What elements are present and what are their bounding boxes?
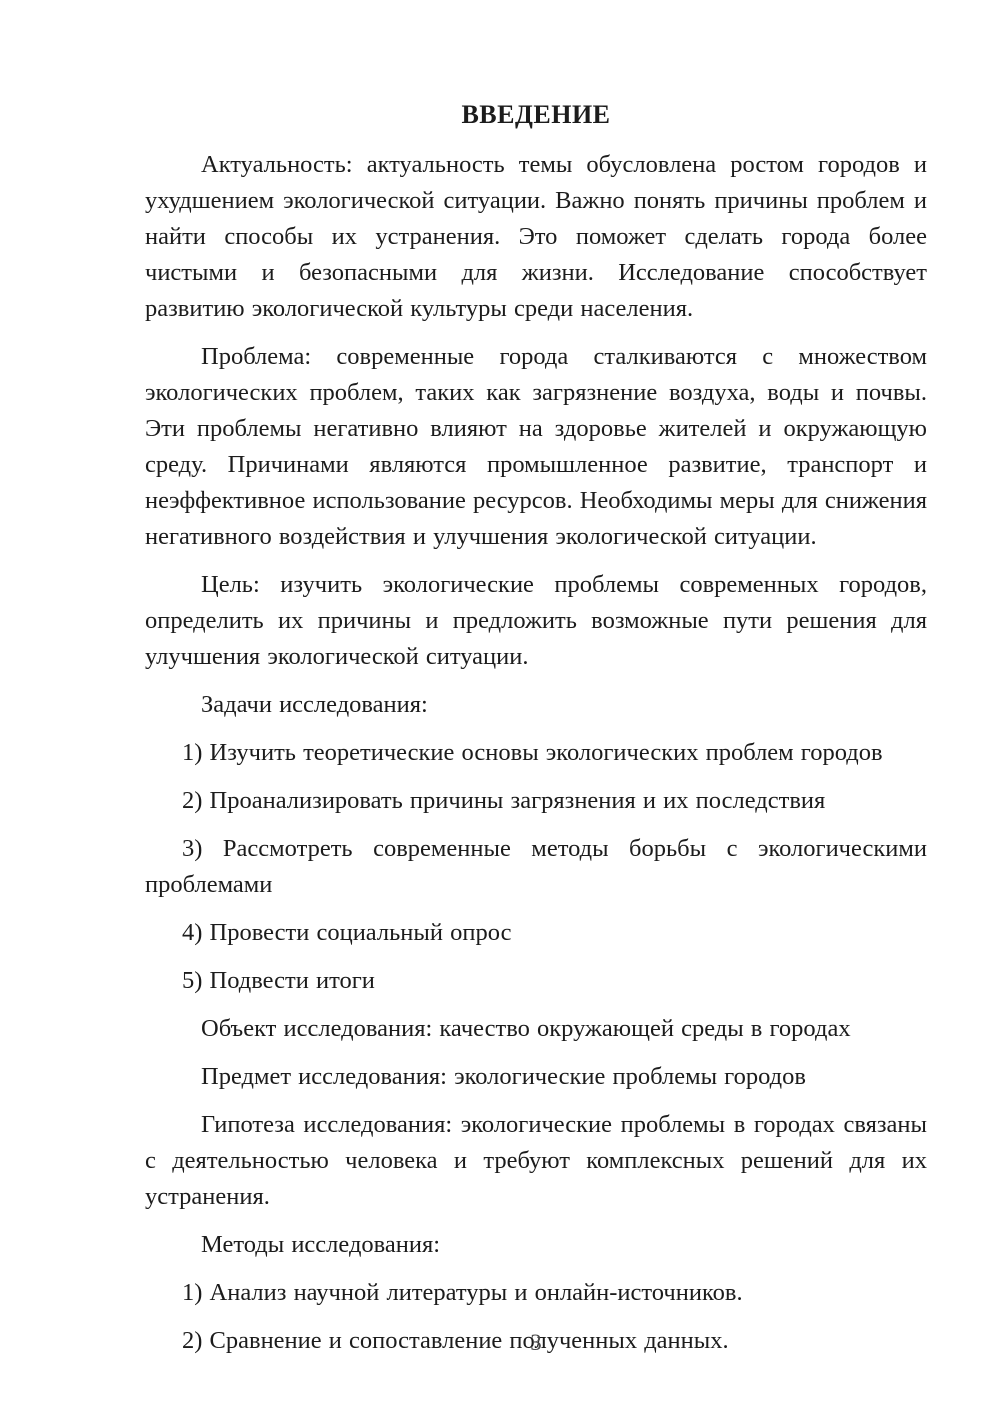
task-item-1: 1) Изучить теоретические основы экологич… bbox=[145, 735, 927, 771]
document-content: ВВЕДЕНИЕ Актуальность: актуальность темы… bbox=[145, 97, 927, 1371]
para-hypothesis: Гипотеза исследования: экологические про… bbox=[145, 1107, 927, 1215]
label-methods: Методы исследования: bbox=[145, 1227, 927, 1263]
document-page: ВВЕДЕНИЕ Актуальность: актуальность темы… bbox=[0, 0, 1000, 1414]
para-relevance: Актуальность: актуальность темы обусловл… bbox=[145, 147, 927, 327]
task-item-3: 3) Рассмотреть современные методы борьбы… bbox=[145, 831, 927, 903]
method-item-1: 1) Анализ научной литературы и онлайн-ис… bbox=[145, 1275, 927, 1311]
para-subject: Предмет исследования: экологические проб… bbox=[145, 1059, 927, 1095]
task-item-5: 5) Подвести итоги bbox=[145, 963, 927, 999]
para-goal: Цель: изучить экологические проблемы сов… bbox=[145, 567, 927, 675]
task-item-4: 4) Провести социальный опрос bbox=[145, 915, 927, 951]
label-tasks: Задачи исследования: bbox=[145, 687, 927, 723]
task-item-2: 2) Проанализировать причины загрязнения … bbox=[145, 783, 927, 819]
page-title: ВВЕДЕНИЕ bbox=[145, 97, 927, 133]
para-object: Объект исследования: качество окружающей… bbox=[145, 1011, 927, 1047]
para-problem: Проблема: современные города сталкиваютс… bbox=[145, 339, 927, 555]
page-number: 3 bbox=[145, 1328, 927, 1358]
